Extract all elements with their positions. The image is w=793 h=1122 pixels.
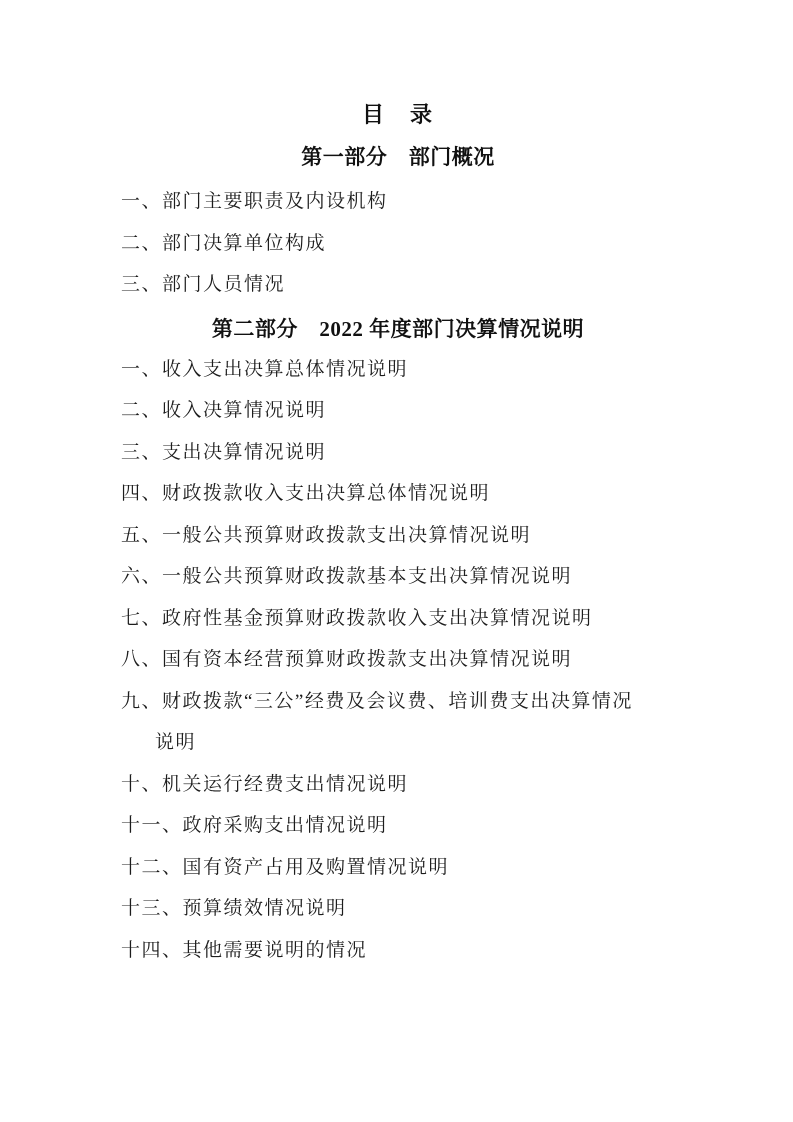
toc-item: 七、政府性基金预算财政拨款收入支出决算情况说明 [121,598,675,640]
toc-item: 三、部门人员情况 [121,264,675,306]
section-1-list: 一、部门主要职责及内设机构 二、部门决算单位构成 三、部门人员情况 [121,181,675,306]
toc-item-line: 九、财政拨款“三公”经费及会议费、培训费支出决算情况 [121,681,675,723]
toc-item: 二、部门决算单位构成 [121,223,675,265]
toc-item: 三、支出决算情况说明 [121,432,675,474]
toc-item: 一、部门主要职责及内设机构 [121,181,675,223]
toc-item: 十、机关运行经费支出情况说明 [121,764,675,806]
table-of-contents: 目 录 第一部分 部门概况 一、部门主要职责及内设机构 二、部门决算单位构成 三… [0,0,793,971]
toc-item-continuation: 说明 [121,722,675,764]
toc-item: 十四、其他需要说明的情况 [121,930,675,972]
section-1-heading: 第一部分 部门概况 [121,142,675,172]
toc-item: 十二、国有资产占用及购置情况说明 [121,847,675,889]
toc-item: 十三、预算绩效情况说明 [121,888,675,930]
toc-item: 八、国有资本经营预算财政拨款支出决算情况说明 [121,639,675,681]
toc-item: 九、财政拨款“三公”经费及会议费、培训费支出决算情况 说明 [121,681,675,764]
toc-item: 六、一般公共预算财政拨款基本支出决算情况说明 [121,556,675,598]
document-page: 目 录 第一部分 部门概况 一、部门主要职责及内设机构 二、部门决算单位构成 三… [0,0,793,1122]
toc-item: 五、一般公共预算财政拨款支出决算情况说明 [121,515,675,557]
section-2-list: 一、收入支出决算总体情况说明 二、收入决算情况说明 三、支出决算情况说明 四、财… [121,349,675,972]
toc-item: 一、收入支出决算总体情况说明 [121,349,675,391]
page-title: 目 录 [121,100,675,130]
section-2-heading: 第二部分 2022 年度部门决算情况说明 [121,314,675,344]
toc-item: 四、财政拨款收入支出决算总体情况说明 [121,473,675,515]
toc-item: 二、收入决算情况说明 [121,390,675,432]
toc-item: 十一、政府采购支出情况说明 [121,805,675,847]
